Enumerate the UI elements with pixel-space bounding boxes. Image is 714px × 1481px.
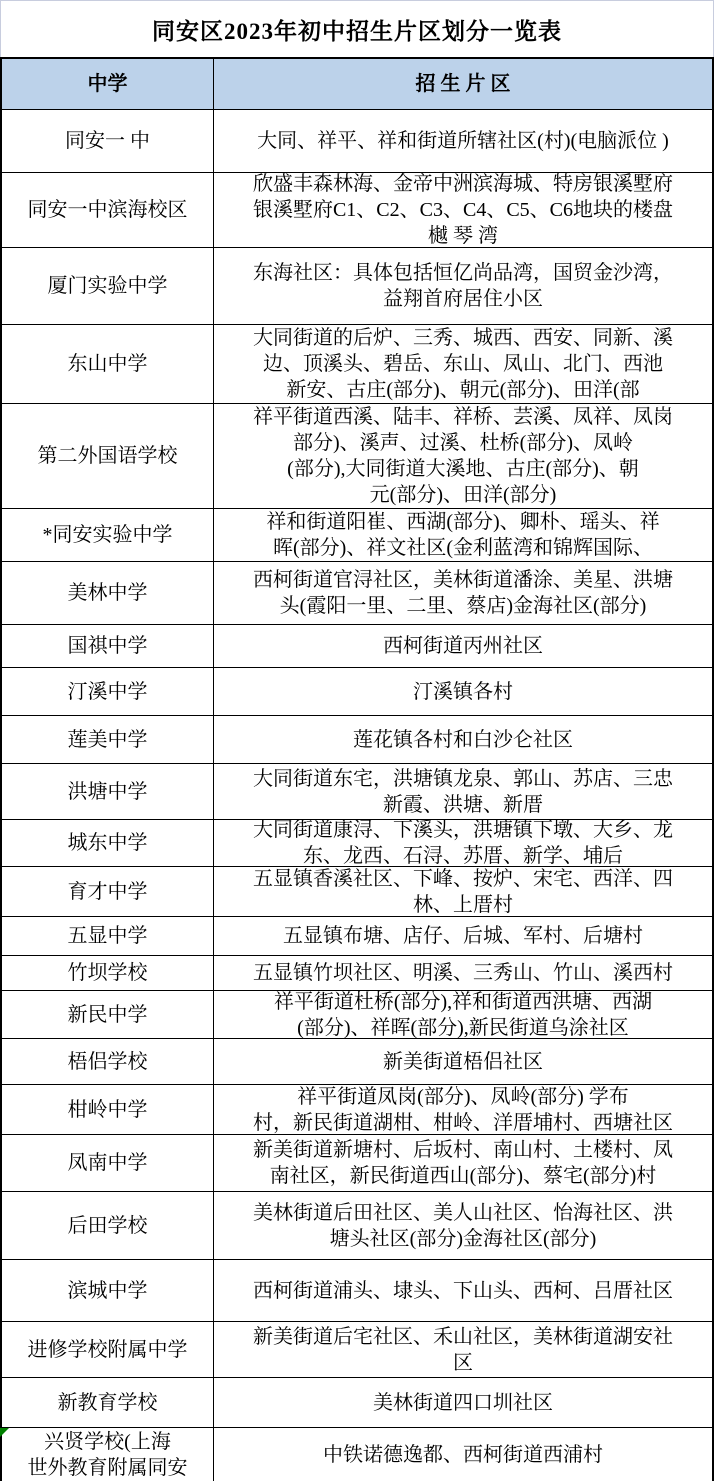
zone-cell: 大同街道康浔、下溪头，洪塘镇下墩、大乡、龙 东、龙西、石浔、苏厝、新学、埔后: [214, 820, 712, 866]
zone-cell: 莲花镇各村和白沙仑社区: [214, 716, 712, 763]
zone-cell: 大同、祥平、祥和街道所辖社区(村)(电脑派位 ): [214, 110, 712, 172]
table-row: 同安一中滨海校区 欣盛丰森林海、金帝中洲滨海城、特房银溪墅府 银溪墅府C1、C2…: [2, 173, 712, 248]
school-cell: 厦门实验中学: [2, 248, 214, 324]
school-cell: 同安一中滨海校区: [2, 173, 214, 247]
zone-cell: 祥和街道阳崔、西湖(部分)、卿朴、瑶头、祥 晖(部分)、祥文社区(金利蓝湾和锦辉…: [214, 509, 712, 561]
school-cell: 汀溪中学: [2, 668, 214, 715]
table-row: *同安实验中学 祥和街道阳崔、西湖(部分)、卿朴、瑶头、祥 晖(部分)、祥文社区…: [2, 509, 712, 562]
zone-cell: 美林街道四口圳社区: [214, 1378, 712, 1427]
table-row: 竹坝学校 五显镇竹坝社区、明溪、三秀山、竹山、溪西村: [2, 956, 712, 991]
header-zone-cell: 招 生 片 区: [214, 59, 712, 109]
table-row: 同安一 中 大同、祥平、祥和街道所辖社区(村)(电脑派位 ): [2, 110, 712, 173]
school-cell: 东山中学: [2, 325, 214, 403]
table-row: 滨城中学 西柯街道浦头、埭头、下山头、西柯、吕厝社区: [2, 1260, 712, 1322]
zone-cell: 大同街道东宅，洪塘镇龙泉、郭山、苏店、三忠 新霞、洪塘、新厝: [214, 764, 712, 819]
table-row: 美林中学 西柯街道官浔社区，美林街道潘涂、美星、洪塘 头(霞阳一里、二里、蔡店)…: [2, 562, 712, 625]
zone-cell: 新美街道梧侣社区: [214, 1039, 712, 1084]
zone-cell: 西柯街道浦头、埭头、下山头、西柯、吕厝社区: [214, 1260, 712, 1321]
school-cell: *同安实验中学: [2, 509, 214, 561]
school-cell: 新民中学: [2, 991, 214, 1038]
school-cell: 国祺中学: [2, 625, 214, 667]
page-title: 同安区2023年初中招生片区划分一览表: [0, 0, 714, 57]
school-cell: 新教育学校: [2, 1378, 214, 1427]
school-cell: 洪塘中学: [2, 764, 214, 819]
table-row: 新民中学 祥平街道杜桥(部分),祥和街道西洪塘、西湖 (部分)、祥晖(部分),新…: [2, 991, 712, 1039]
school-cell: 滨城中学: [2, 1260, 214, 1321]
school-cell: 后田学校: [2, 1192, 214, 1259]
zone-cell: 五显镇布塘、店仔、后城、军村、后塘村: [214, 917, 712, 955]
school-cell: 兴贤学校(上海 世外教育附属同安: [2, 1428, 214, 1481]
zone-cell: 美林街道后田社区、美人山社区、怡海社区、洪 塘头社区(部分)金海社区(部分): [214, 1192, 712, 1259]
table-row: 厦门实验中学 东海社区：具体包括恒亿尚品湾，国贸金沙湾， 益翔首府居住小区: [2, 248, 712, 325]
table-row: 进修学校附属中学 新美街道后宅社区、禾山社区，美林街道湖安社 区: [2, 1322, 712, 1378]
zone-cell: 祥平街道杜桥(部分),祥和街道西洪塘、西湖 (部分)、祥晖(部分),新民街道乌涂…: [214, 991, 712, 1038]
zone-cell: 五显镇竹坝社区、明溪、三秀山、竹山、溪西村: [214, 956, 712, 990]
table-row: 凤南中学 新美街道新塘村、后坂村、南山村、土楼村、凤 南社区，新民街道西山(部分…: [2, 1135, 712, 1192]
table-row: 第二外国语学校 祥平街道西溪、陆丰、祥桥、芸溪、凤祥、凤岗 部分)、溪声、过溪、…: [2, 404, 712, 509]
table-row: 新教育学校 美林街道四口圳社区: [2, 1378, 712, 1428]
table-body: 同安一 中 大同、祥平、祥和街道所辖社区(村)(电脑派位 ) 同安一中滨海校区 …: [2, 110, 712, 1481]
zone-cell: 东海社区：具体包括恒亿尚品湾，国贸金沙湾， 益翔首府居住小区: [214, 248, 712, 324]
header-school-cell: 中学: [2, 59, 214, 109]
table-row: 五显中学 五显镇布塘、店仔、后城、军村、后塘村: [2, 917, 712, 956]
zone-cell: 新美街道后宅社区、禾山社区，美林街道湖安社 区: [214, 1322, 712, 1377]
school-cell: 柑岭中学: [2, 1085, 214, 1134]
table-row: 城东中学 大同街道康浔、下溪头，洪塘镇下墩、大乡、龙 东、龙西、石浔、苏厝、新学…: [2, 820, 712, 867]
table-row: 育才中学 五显镇香溪社区、下峰、按炉、宋宅、西洋、四 林、上厝村: [2, 867, 712, 917]
school-cell: 城东中学: [2, 820, 214, 866]
table-row: 国祺中学 西柯街道丙州社区: [2, 625, 712, 668]
zone-cell: 大同街道的后炉、三秀、城西、西安、同新、溪 边、顶溪头、碧岳、东山、凤山、北门、…: [214, 325, 712, 403]
zone-cell: 祥平街道西溪、陆丰、祥桥、芸溪、凤祥、凤岗 部分)、溪声、过溪、杜桥(部分)、凤…: [214, 404, 712, 508]
table-row: 莲美中学 莲花镇各村和白沙仑社区: [2, 716, 712, 764]
zone-cell: 新美街道新塘村、后坂村、南山村、土楼村、凤 南社区，新民街道西山(部分)、蔡宅(…: [214, 1135, 712, 1191]
zone-cell: 欣盛丰森林海、金帝中洲滨海城、特房银溪墅府 银溪墅府C1、C2、C3、C4、C5…: [214, 173, 712, 247]
school-cell: 梧侣学校: [2, 1039, 214, 1084]
cell-corner-marker-icon: [0, 1428, 9, 1437]
school-cell: 进修学校附属中学: [2, 1322, 214, 1377]
enrollment-table: 中学 招 生 片 区 同安一 中 大同、祥平、祥和街道所辖社区(村)(电脑派位 …: [0, 57, 714, 1481]
header-row: 中学 招 生 片 区: [2, 57, 712, 110]
table-row: 梧侣学校 新美街道梧侣社区: [2, 1039, 712, 1085]
school-cell: 竹坝学校: [2, 956, 214, 990]
school-cell: 凤南中学: [2, 1135, 214, 1191]
school-cell: 育才中学: [2, 867, 214, 916]
zone-cell: 五显镇香溪社区、下峰、按炉、宋宅、西洋、四 林、上厝村: [214, 867, 712, 916]
zone-cell: 西柯街道官浔社区，美林街道潘涂、美星、洪塘 头(霞阳一里、二里、蔡店)金海社区(…: [214, 562, 712, 624]
table-row: 柑岭中学 祥平街道凤岗(部分)、凤岭(部分) 学布 村，新民街道湖柑、柑岭、洋厝…: [2, 1085, 712, 1135]
table-row: 东山中学 大同街道的后炉、三秀、城西、西安、同新、溪 边、顶溪头、碧岳、东山、凤…: [2, 325, 712, 404]
zone-cell: 祥平街道凤岗(部分)、凤岭(部分) 学布 村，新民街道湖柑、柑岭、洋厝埔村、西塘…: [214, 1085, 712, 1134]
school-cell: 第二外国语学校: [2, 404, 214, 508]
zone-cell: 西柯街道丙州社区: [214, 625, 712, 667]
table-row: 兴贤学校(上海 世外教育附属同安 中铁诺德逸都、西柯街道西浦村: [2, 1428, 712, 1481]
table-row: 汀溪中学 汀溪镇各村: [2, 668, 712, 716]
school-cell: 莲美中学: [2, 716, 214, 763]
school-cell: 五显中学: [2, 917, 214, 955]
zone-cell: 汀溪镇各村: [214, 668, 712, 715]
school-cell: 同安一 中: [2, 110, 214, 172]
table-row: 后田学校 美林街道后田社区、美人山社区、怡海社区、洪 塘头社区(部分)金海社区(…: [2, 1192, 712, 1260]
zone-cell: 中铁诺德逸都、西柯街道西浦村: [214, 1428, 712, 1481]
table-row: 洪塘中学 大同街道东宅，洪塘镇龙泉、郭山、苏店、三忠 新霞、洪塘、新厝: [2, 764, 712, 820]
school-cell: 美林中学: [2, 562, 214, 624]
